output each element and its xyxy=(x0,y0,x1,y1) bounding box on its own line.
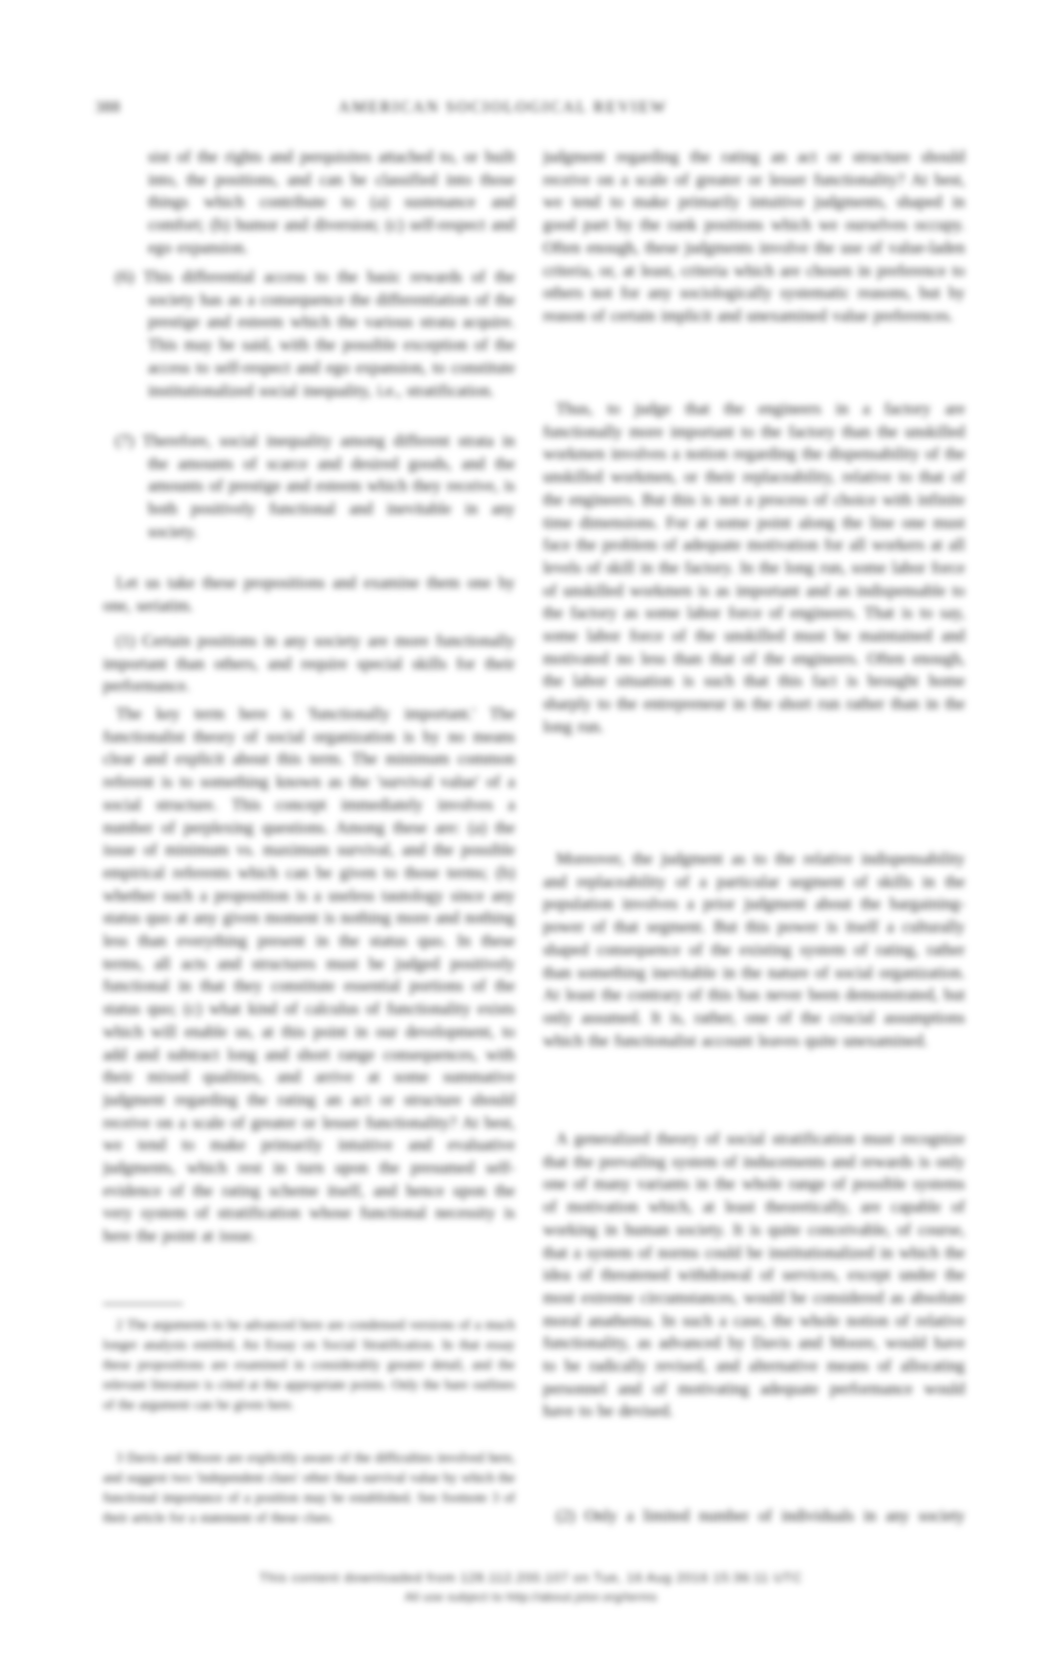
footnote-separator-rule xyxy=(103,1303,183,1305)
footnote-2: 2 The arguments to be advanced here are … xyxy=(103,1315,515,1436)
right-column-paragraph-2: Thus, to judge that the engineers in a f… xyxy=(543,398,965,830)
right-column-paragraph-1: judgment regarding the rating an act or … xyxy=(543,146,965,396)
transition-paragraph: Let us take these propositions and exami… xyxy=(103,572,515,618)
right-column-paragraph-4: A generalized theory of social stratific… xyxy=(543,1128,965,1492)
running-title: AMERICAN SOCIOLOGICAL REVIEW xyxy=(283,99,723,117)
left-column-body-paragraph: The key term here is 'functionally impor… xyxy=(103,703,515,1297)
list-item-5-continuation: sist of the rights and perquisites attac… xyxy=(103,146,515,260)
footer-terms-notice: All use subject to http://about.jstor.or… xyxy=(0,1590,1062,1604)
list-item-6: (6) This differential access to the basi… xyxy=(103,266,515,425)
page-number: 388 xyxy=(95,99,121,117)
scanned-journal-page: 388 AMERICAN SOCIOLOGICAL REVIEW sist of… xyxy=(0,0,1062,1655)
proposition-1-paragraph: (1) Certain positions in any society are… xyxy=(103,630,515,700)
right-column-paragraph-3: Moreover, the judgment as to the relativ… xyxy=(543,848,965,1121)
proposition-2-first-line: (2) Only a limited number of individuals… xyxy=(543,1505,965,1528)
footer-download-notice: This content downloaded from 128.112.200… xyxy=(0,1570,1062,1585)
page-scan-blur-layer: 388 AMERICAN SOCIOLOGICAL REVIEW sist of… xyxy=(0,0,1062,1655)
list-item-7: (7) Therefore, social inequality among d… xyxy=(103,430,515,567)
footnote-3: 3 Davis and Moore are explicitly aware o… xyxy=(103,1448,515,1549)
